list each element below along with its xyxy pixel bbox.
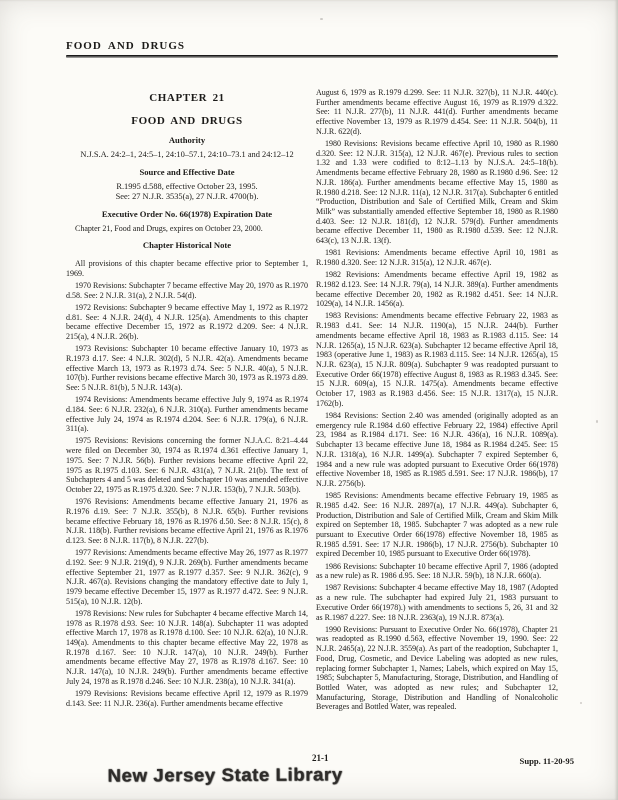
page-footer: New Jersey State Library 21-1 Supp. 11-2… — [0, 740, 618, 800]
expiration-section: Executive Order No. 66(1978) Expiration … — [66, 210, 308, 233]
left-column: CHAPTER 21 FOOD AND DRUGS Authority N.J.… — [66, 88, 308, 712]
document-page: FOOD AND DRUGS CHAPTER 21 FOOD AND DRUGS… — [0, 0, 618, 800]
paragraph: 1984 Revisions: Section 2.40 was amended… — [316, 411, 558, 489]
historical-note-heading: Chapter Historical Note — [66, 241, 308, 251]
paragraph: 1976 Revisions: Amendments became effect… — [66, 497, 308, 546]
paragraph: 1983 Revisions: Amendments became effect… — [316, 311, 558, 408]
page-body: CHAPTER 21 FOOD AND DRUGS Authority N.J.… — [66, 88, 558, 712]
header-rule — [66, 55, 558, 58]
right-column: August 6, 1979 as R.1979 d.299. See: 11 … — [316, 88, 558, 712]
paragraph: 1981 Revisions: Amendments became effect… — [316, 248, 558, 267]
scan-speck — [320, 18, 323, 20]
paragraph: 1980 Revisions: Revisions became effecti… — [316, 139, 558, 246]
library-stamp: New Jersey State Library — [107, 764, 342, 786]
paragraph: 1970 Revisions: Subchapter 7 became effe… — [66, 281, 308, 300]
paragraph: 1985 Revisions: Amendments became effect… — [316, 491, 558, 559]
scan-speck — [580, 702, 582, 704]
paragraph: 1979 Revisions: Revisions became effecti… — [66, 689, 308, 708]
supplement-date: Supp. 11-20-95 — [520, 756, 574, 766]
source-line-2: See: 27 N.J.R. 3535(a), 27 N.J.R. 4700(b… — [66, 192, 308, 202]
authority-text: N.J.S.A. 24:2–1, 24:5–1, 24:10–57.1, 24:… — [66, 150, 308, 160]
paragraph: 1974 Revisions: Amendments became effect… — [66, 395, 308, 434]
paragraph: 1975 Revisions: Revisions concerning the… — [66, 436, 308, 494]
chapter-heading: CHAPTER 21 — [66, 94, 308, 104]
source-heading: Source and Effective Date — [66, 168, 308, 178]
paragraph: 1982 Revisions: Amendments became effect… — [316, 270, 558, 309]
authority-section: Authority N.J.S.A. 24:2–1, 24:5–1, 24:10… — [66, 136, 308, 159]
left-column-paragraphs: All provisions of this chapter became ef… — [66, 259, 308, 708]
scan-speck — [596, 420, 598, 423]
expiration-text: Chapter 21, Food and Drugs, expires on O… — [66, 224, 308, 234]
paragraph: 1973 Revisions: Subchapter 10 became eff… — [66, 344, 308, 393]
source-line-1: R.1995 d.588, effective October 23, 1995… — [66, 182, 308, 192]
paragraph: August 6, 1979 as R.1979 d.299. See: 11 … — [316, 88, 558, 137]
chapter-title: FOOD AND DRUGS — [66, 117, 308, 127]
paragraph: 1977 Revisions: Amendments became effect… — [66, 548, 308, 606]
paragraph: 1990 Revisions: Pursuant to Executive Or… — [316, 625, 558, 712]
paragraph: All provisions of this chapter became ef… — [66, 259, 308, 278]
source-section: Source and Effective Date R.1995 d.588, … — [66, 168, 308, 202]
paragraph: 1987 Revisions: Subchapter 4 became effe… — [316, 583, 558, 622]
running-header: FOOD AND DRUGS — [66, 40, 558, 58]
authority-heading: Authority — [66, 136, 308, 146]
expiration-heading: Executive Order No. 66(1978) Expiration … — [66, 210, 308, 220]
page-number: 21-1 — [312, 753, 329, 763]
right-column-paragraphs: August 6, 1979 as R.1979 d.299. See: 11 … — [316, 88, 558, 712]
paragraph: 1978 Revisions: New rules for Subchapter… — [66, 609, 308, 687]
paragraph: 1986 Revisions: Subchapter 10 became eff… — [316, 562, 558, 581]
running-header-title: FOOD AND DRUGS — [66, 40, 558, 52]
paragraph: 1972 Revisions: Subchapter 9 became effe… — [66, 303, 308, 342]
